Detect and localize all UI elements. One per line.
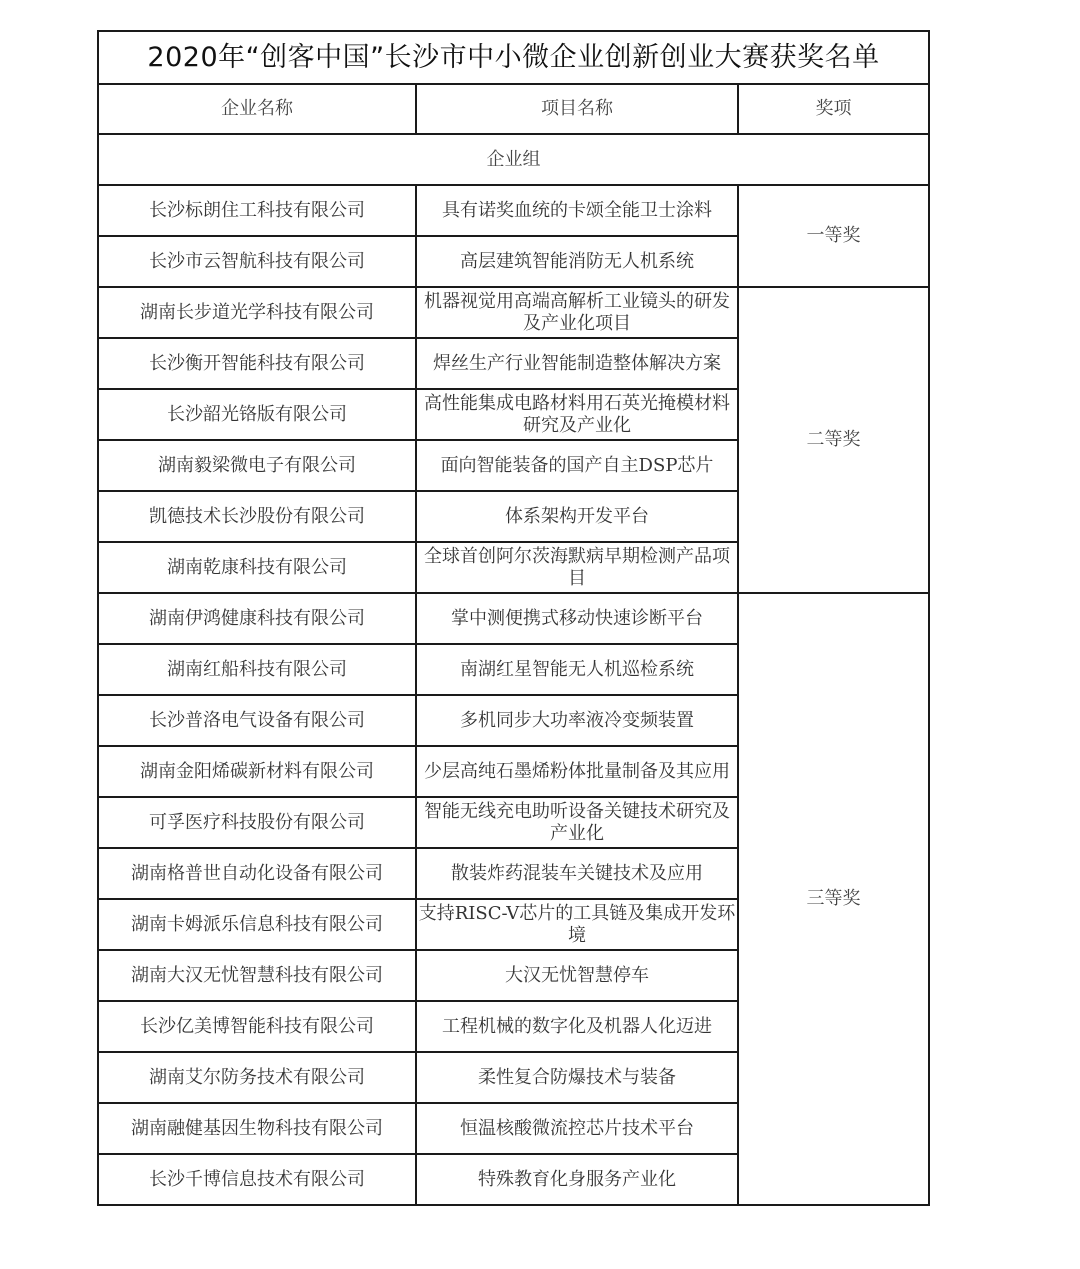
company-name: 湖南艾尔防务技术有限公司 (98, 1052, 416, 1103)
table-row: 湖南长步道光学科技有限公司 机器视觉用高端高解析工业镜头的研发及产业化项目 二等… (98, 287, 929, 338)
company-name: 长沙市云智航科技有限公司 (98, 236, 416, 287)
company-name: 长沙亿美博智能科技有限公司 (98, 1001, 416, 1052)
project-name: 具有诺奖血统的卡颂全能卫士涂料 (416, 185, 738, 236)
column-header-project: 项目名称 (416, 84, 738, 134)
company-name: 湖南卡姆派乐信息科技有限公司 (98, 899, 416, 950)
project-name: 特殊教育化身服务产业化 (416, 1154, 738, 1205)
column-header-award: 奖项 (738, 84, 929, 134)
company-name: 湖南长步道光学科技有限公司 (98, 287, 416, 338)
project-name: 高层建筑智能消防无人机系统 (416, 236, 738, 287)
project-name: 恒温核酸微流控芯片技术平台 (416, 1103, 738, 1154)
company-name: 长沙韶光铬版有限公司 (98, 389, 416, 440)
company-name: 长沙标朗住工科技有限公司 (98, 185, 416, 236)
project-name: 支持RISC-V芯片的工具链及集成开发环境 (416, 899, 738, 950)
company-name: 湖南金阳烯碳新材料有限公司 (98, 746, 416, 797)
title-row: 2020年“创客中国”长沙市中小微企业创新创业大赛获奖名单 (98, 31, 929, 84)
award-list-document: 2020年“创客中国”长沙市中小微企业创新创业大赛获奖名单 企业名称 项目名称 … (97, 30, 928, 1206)
award-third-prize: 三等奖 (738, 593, 929, 1205)
header-row: 企业名称 项目名称 奖项 (98, 84, 929, 134)
company-name: 长沙衡开智能科技有限公司 (98, 338, 416, 389)
company-name: 湖南红船科技有限公司 (98, 644, 416, 695)
company-name: 凯德技术长沙股份有限公司 (98, 491, 416, 542)
project-name: 南湖红星智能无人机巡检系统 (416, 644, 738, 695)
award-first-prize: 一等奖 (738, 185, 929, 287)
company-name: 长沙千博信息技术有限公司 (98, 1154, 416, 1205)
project-name: 全球首创阿尔茨海默病早期检测产品项目 (416, 542, 738, 593)
company-name: 可孚医疗科技股份有限公司 (98, 797, 416, 848)
column-header-company: 企业名称 (98, 84, 416, 134)
project-name: 工程机械的数字化及机器人化迈进 (416, 1001, 738, 1052)
project-name: 多机同步大功率液冷变频装置 (416, 695, 738, 746)
project-name: 掌中测便携式移动快速诊断平台 (416, 593, 738, 644)
company-name: 湖南毅梁微电子有限公司 (98, 440, 416, 491)
table-row: 长沙标朗住工科技有限公司 具有诺奖血统的卡颂全能卫士涂料 一等奖 (98, 185, 929, 236)
project-name: 智能无线充电助听设备关键技术研究及产业化 (416, 797, 738, 848)
project-name: 面向智能装备的国产自主DSP芯片 (416, 440, 738, 491)
award-table: 2020年“创客中国”长沙市中小微企业创新创业大赛获奖名单 企业名称 项目名称 … (97, 30, 930, 1206)
company-name: 湖南融健基因生物科技有限公司 (98, 1103, 416, 1154)
project-name: 焊丝生产行业智能制造整体解决方案 (416, 338, 738, 389)
document-title: 2020年“创客中国”长沙市中小微企业创新创业大赛获奖名单 (98, 31, 929, 84)
award-second-prize: 二等奖 (738, 287, 929, 593)
project-name: 散装炸药混装车关键技术及应用 (416, 848, 738, 899)
table-row: 湖南伊鸿健康科技有限公司 掌中测便携式移动快速诊断平台 三等奖 (98, 593, 929, 644)
project-name: 高性能集成电路材料用石英光掩模材料研究及产业化 (416, 389, 738, 440)
project-name: 大汉无忧智慧停车 (416, 950, 738, 1001)
company-name: 湖南伊鸿健康科技有限公司 (98, 593, 416, 644)
group-label: 企业组 (98, 134, 929, 185)
group-row: 企业组 (98, 134, 929, 185)
company-name: 湖南格普世自动化设备有限公司 (98, 848, 416, 899)
project-name: 少层高纯石墨烯粉体批量制备及其应用 (416, 746, 738, 797)
company-name: 长沙普洛电气设备有限公司 (98, 695, 416, 746)
project-name: 柔性复合防爆技术与装备 (416, 1052, 738, 1103)
company-name: 湖南乾康科技有限公司 (98, 542, 416, 593)
project-name: 机器视觉用高端高解析工业镜头的研发及产业化项目 (416, 287, 738, 338)
project-name: 体系架构开发平台 (416, 491, 738, 542)
company-name: 湖南大汉无忧智慧科技有限公司 (98, 950, 416, 1001)
